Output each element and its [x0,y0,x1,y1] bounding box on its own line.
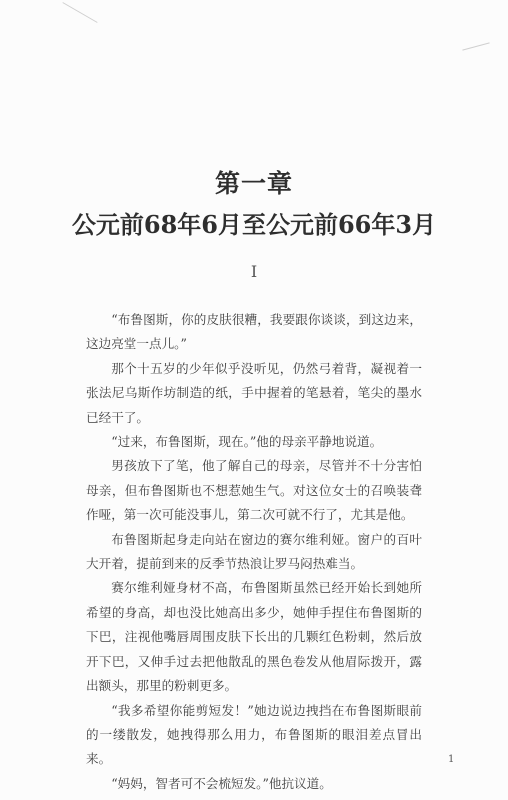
chapter-title: 第一章 [0,164,508,200]
page-number: 1 [448,754,454,765]
scan-mark [62,2,97,23]
paragraph: 男孩放下了笔，他了解自己的母亲，尽管并不十分害怕母亲，但布鲁图斯也不想惹她生气。… [86,454,422,527]
section-number: I [0,262,508,281]
scan-mark [462,42,489,50]
paragraph: 布鲁图斯起身走向站在窗边的赛尔维利娅。窗户的百叶大开着，提前到来的反季节热浪让罗… [86,528,422,577]
chapter-subtitle: 公元前68年6月至公元前66年3月 [0,205,508,240]
paragraph: “我多希望你能剪短发！”她边说边拽挡在布鲁图斯眼前的一缕散发，她拽得那么用力，布… [86,699,422,772]
paragraph: 那个十五岁的少年似乎没听见，仍然弓着背，凝视着一张法尼乌斯作坊制造的纸，手中握着… [86,357,422,430]
book-page: 第一章 公元前68年6月至公元前66年3月 I “布鲁图斯，你的皮肤很糟，我要跟… [0,0,508,800]
paragraph: “妈妈，智者可不会梳短发。”他抗议道。 [86,772,422,796]
paragraph: 赛尔维利娅身材不高，布鲁图斯虽然已经开始长到她所希望的身高，却也没比她高出多少，… [86,576,422,698]
paragraph: “过来，布鲁图斯，现在。”他的母亲平静地说道。 [86,430,422,454]
body-text: “布鲁图斯，你的皮肤很糟，我要跟你谈谈，到这边来，这边亮堂一点儿。” 那个十五岁… [86,308,422,796]
paragraph: “布鲁图斯，你的皮肤很糟，我要跟你谈谈，到这边来，这边亮堂一点儿。” [86,308,422,357]
